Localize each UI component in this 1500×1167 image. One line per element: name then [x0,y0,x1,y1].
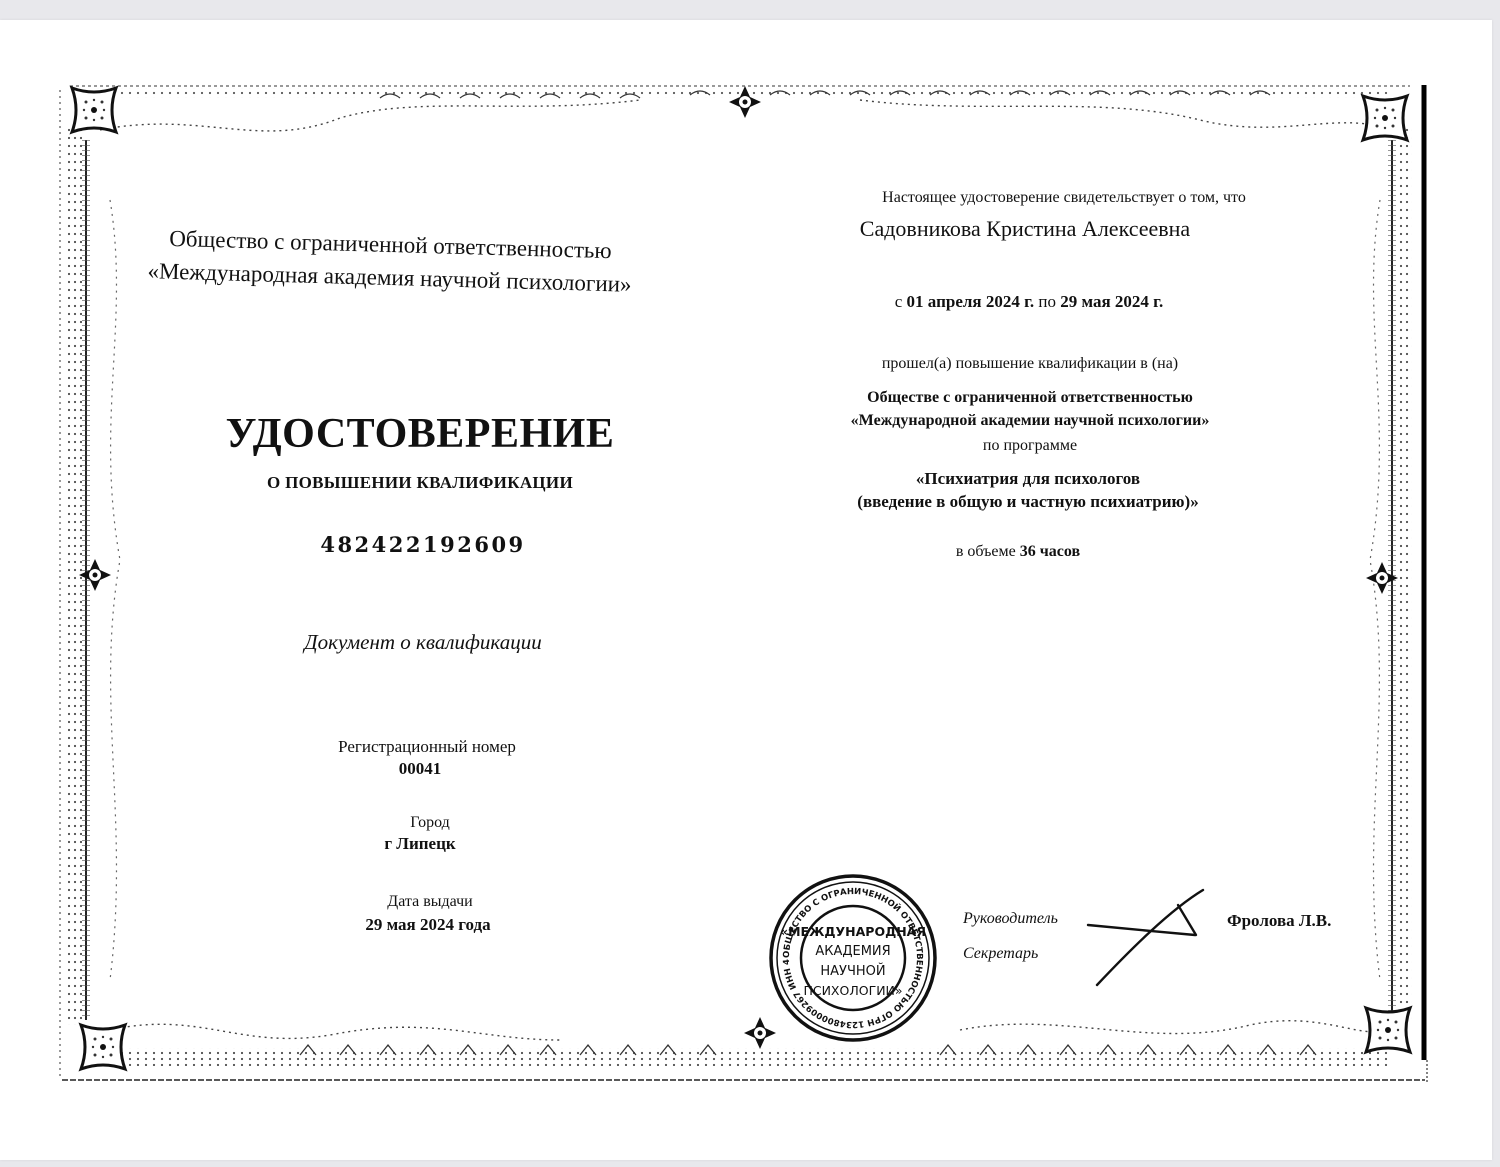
certificate-subtitle: О ПОВЫШЕНИИ КВАЛИФИКАЦИИ [267,473,573,493]
passed-text: прошел(а) повышение квалификации в (на) [882,355,1178,373]
volume-value: 36 часов [1020,543,1080,560]
signer-name: Фролова Л.В. [1227,911,1331,931]
secretary-role-label: Секретарь [963,945,1038,963]
issue-date-label: Дата выдачи [387,893,472,911]
period-mid: по [1038,292,1056,311]
training-org-line2: «Международной академии научной психолог… [851,409,1210,432]
document-kind: Документ о квалификации [304,630,541,655]
period-prefix: с [895,292,903,311]
training-org-line1: Обществе с ограниченной ответственностью [851,386,1210,409]
registration-label: Регистрационный номер [338,737,516,757]
head-role-label: Руководитель [963,910,1058,928]
certification-intro: Настоящее удостоверение свидетельствует … [882,189,1246,207]
document-sheet [0,20,1492,1160]
issuer-organization: Общество с ограниченной ответственностью… [147,221,633,300]
period-start: 01 апреля 2024 г. [907,292,1035,311]
city-label: Город [410,814,450,832]
program-name: «Психиатрия для психологов (введение в о… [857,467,1198,513]
certificate-number: 482422192609 [320,532,525,557]
city-value: г Липецк [384,834,455,854]
certificate-title: УДОСТОВЕРЕНИЕ [226,410,615,458]
training-organization: Обществе с ограниченной ответственностью… [851,386,1210,432]
issue-date: 29 мая 2024 года [365,915,490,935]
program-line2: (введение в общую и частную психиатрию)» [857,490,1198,513]
registration-number: 00041 [399,759,442,779]
recipient-name: Садовникова Кристина Алексеевна [860,216,1190,242]
volume-prefix: в объеме [956,543,1016,560]
period-end: 29 мая 2024 г. [1060,292,1163,311]
course-volume: в объеме 36 часов [956,543,1080,561]
by-program-label: по программе [983,437,1077,455]
program-line1: «Психиатрия для психологов [857,467,1198,490]
training-period: с 01 апреля 2024 г. по 29 мая 2024 г. [895,292,1163,312]
